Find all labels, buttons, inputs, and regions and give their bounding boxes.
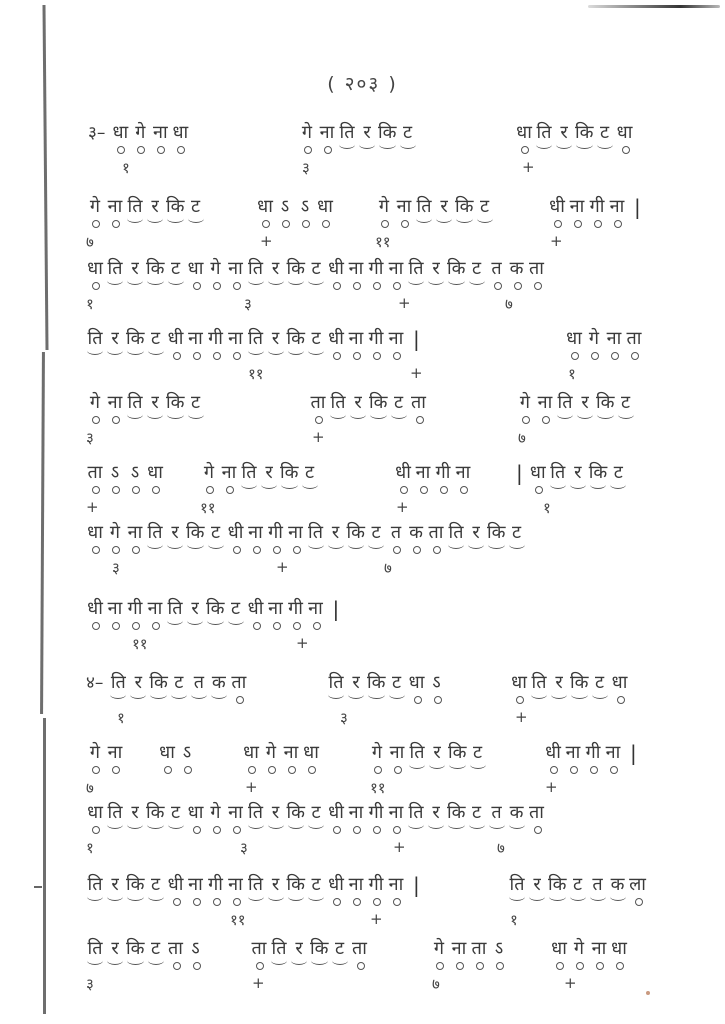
single-beat-mark-icon (158, 764, 176, 776)
section-number: ४– (86, 672, 103, 694)
bol: ट (301, 462, 319, 496)
bol: ति (407, 258, 425, 292)
single-beat-mark-icon (387, 350, 405, 362)
taal-marker: + (550, 232, 563, 250)
bol: धी (327, 802, 345, 836)
bol: ना (227, 328, 245, 362)
single-beat-mark-icon (490, 960, 508, 972)
taal-marker: ११ (248, 364, 264, 384)
grouped-beat-arc-icon (270, 960, 288, 972)
bol: कि (447, 802, 466, 836)
bol: ना (187, 874, 205, 908)
bol: कि (589, 462, 608, 496)
bol-group: गेनातिरकिट (86, 392, 207, 426)
single-beat-mark-icon (588, 218, 606, 230)
bol-group: धीनागीना| (544, 742, 643, 776)
grouped-beat-arc-icon (508, 896, 526, 908)
single-beat-mark-icon (276, 218, 294, 230)
bol: धी (394, 462, 412, 496)
single-beat-mark-icon (86, 484, 104, 496)
bol: ना (151, 122, 169, 156)
bar-line: | (413, 328, 420, 350)
bol: धी (227, 522, 245, 556)
single-beat-mark-icon (250, 960, 268, 972)
single-beat-mark-icon (327, 824, 345, 836)
single-beat-mark-icon (220, 484, 238, 496)
single-beat-mark-icon (146, 484, 164, 496)
bol: कि (149, 672, 168, 706)
grouped-beat-arc-icon (476, 218, 494, 230)
bol: ना (227, 874, 245, 908)
bol: गे (585, 328, 603, 362)
grouped-beat-arc-icon (407, 824, 425, 836)
bol-group: |धातिरकिट (510, 462, 629, 496)
grouped-beat-arc-icon (166, 414, 185, 426)
single-beat-mark-icon (407, 544, 425, 556)
bol-group: धाऽऽधा (256, 196, 336, 230)
single-beat-mark-icon (570, 960, 588, 972)
bol: ना (564, 742, 582, 776)
bol: गी (287, 598, 305, 632)
grouped-beat-arc-icon (596, 144, 614, 156)
single-beat-mark-icon (611, 694, 629, 706)
bol: ना (126, 522, 144, 556)
bol: गे (86, 196, 104, 230)
single-beat-mark-icon (187, 824, 205, 836)
grouped-beat-arc-icon (447, 544, 465, 556)
taal-marker: + (410, 364, 423, 382)
grouped-beat-arc-icon (609, 896, 627, 908)
grouped-beat-arc-icon (307, 350, 325, 362)
single-beat-mark-icon (227, 544, 245, 556)
grouped-beat-arc-icon (166, 544, 184, 556)
single-beat-mark-icon (564, 764, 582, 776)
bol: त (190, 672, 208, 706)
bol: ना (227, 258, 245, 292)
single-beat-mark-icon (316, 218, 334, 230)
single-beat-mark-icon (187, 960, 205, 972)
bol: गे (207, 802, 225, 836)
bol: कि (206, 598, 225, 632)
single-beat-mark-icon (200, 484, 218, 496)
bol: ति (247, 258, 265, 292)
bol-group: तिरकिटधीनागीनातिरकिटधीनागीना| (86, 328, 426, 362)
taal-marker: १ (86, 838, 94, 858)
single-beat-mark-icon (298, 144, 316, 156)
bol: ना (282, 742, 300, 776)
bol: धा (256, 196, 274, 230)
bol: ना (388, 742, 406, 776)
taal-marker: ११ (132, 634, 148, 654)
single-beat-mark-icon (516, 414, 534, 426)
grouped-beat-arc-icon (146, 280, 165, 292)
taal-marker: + (245, 778, 258, 796)
bol: धा (187, 802, 205, 836)
bol: कि (369, 392, 388, 426)
bol: ट (388, 672, 406, 706)
bol: ना (605, 328, 623, 362)
bol: ति (106, 258, 124, 292)
grouped-beat-arc-icon (106, 896, 124, 908)
taal-marker: + (564, 974, 577, 992)
bol: ट (307, 258, 325, 292)
taal-marker: + (296, 634, 309, 652)
single-beat-mark-icon (227, 350, 245, 362)
bol: धी (327, 874, 345, 908)
bol: ना (450, 938, 468, 972)
notation-row: तिरकिटधीनागीनातिरकिटधीनागीना|धागेनाता११+… (0, 328, 725, 398)
taal-marker: ७ (497, 838, 505, 858)
grouped-beat-arc-icon (427, 824, 445, 836)
bol: र (576, 392, 594, 426)
single-beat-mark-icon (550, 960, 568, 972)
grouped-beat-arc-icon (556, 414, 574, 426)
bol-group: धीनागीना (394, 462, 474, 496)
single-beat-mark-icon (454, 484, 472, 496)
bol-group: धातिरकिटधा (515, 122, 636, 156)
grouped-beat-arc-icon (146, 824, 165, 836)
taal-marker: + (515, 708, 528, 726)
grouped-beat-arc-icon (267, 824, 285, 836)
single-beat-mark-icon (296, 218, 314, 230)
bol: ति (146, 522, 164, 556)
bol: ट (307, 874, 325, 908)
grouped-beat-arc-icon (576, 414, 594, 426)
bol: ति (549, 462, 567, 496)
single-beat-mark-icon (408, 694, 426, 706)
bol: गे (375, 196, 393, 230)
bol: कि (166, 196, 185, 230)
bol-group: धातिरकिटधागेनातिरकिटधीनागीनातिरकिटतकता (86, 258, 548, 292)
grouped-beat-arc-icon (407, 280, 425, 292)
grouped-beat-arc-icon (530, 694, 548, 706)
single-beat-mark-icon (126, 544, 144, 556)
bol-group: तिरकिटतकला (508, 874, 649, 908)
bol: गी (434, 462, 452, 496)
single-beat-mark-icon (605, 350, 623, 362)
grouped-beat-arc-icon (186, 620, 204, 632)
bol-group: तिरकिटधीनागीनातिरकिटधीनागीना| (86, 874, 426, 908)
bol-group: ताऽऽधा (86, 462, 166, 496)
bol: र (106, 938, 124, 972)
bol: र (106, 874, 124, 908)
bol: ऽ (490, 938, 508, 972)
single-beat-mark-icon (510, 694, 528, 706)
single-beat-mark-icon (171, 144, 189, 156)
bol: र (129, 672, 147, 706)
bol: ट (399, 122, 417, 156)
single-beat-mark-icon (126, 620, 144, 632)
grouped-beat-arc-icon (570, 694, 589, 706)
bol: र (146, 392, 164, 426)
bol: ति (508, 874, 526, 908)
bol: ना (106, 392, 124, 426)
bol: कि (146, 258, 165, 292)
bol: ना (387, 258, 405, 292)
bol: र (146, 196, 164, 230)
single-beat-mark-icon (565, 350, 583, 362)
bol: ता (410, 392, 428, 426)
grouped-beat-arc-icon (428, 764, 446, 776)
grouped-beat-arc-icon (280, 484, 299, 496)
grouped-beat-arc-icon (86, 896, 104, 908)
bol: ट (331, 938, 349, 972)
single-beat-mark-icon (307, 620, 325, 632)
bol: गे (131, 122, 149, 156)
grouped-beat-arc-icon (488, 824, 506, 836)
bol-group: तातिरकिटता (250, 938, 371, 972)
taal-marker: ११ (200, 498, 216, 518)
grouped-beat-arc-icon (210, 694, 228, 706)
grouped-beat-arc-icon (106, 824, 124, 836)
grouped-beat-arc-icon (310, 960, 329, 972)
bol: र (290, 938, 308, 972)
single-beat-mark-icon (282, 764, 300, 776)
bol-group: धाऽ (158, 742, 198, 776)
bol: धा (302, 742, 320, 776)
bol: धा (610, 938, 628, 972)
single-beat-mark-icon (528, 280, 546, 292)
bol: धा (242, 742, 260, 776)
bar-line: | (630, 742, 637, 764)
taal-marker: १ (86, 294, 94, 314)
bol: ट (187, 392, 205, 426)
bol: ट (617, 392, 635, 426)
bol: कि (280, 462, 299, 496)
bol: कि (548, 874, 567, 908)
bol: धा (408, 672, 426, 706)
bol: कि (287, 874, 306, 908)
bol: त (387, 522, 405, 556)
grouped-beat-arc-icon (467, 544, 485, 556)
bol: ना (347, 874, 365, 908)
single-beat-mark-icon (351, 960, 369, 972)
bol: ना (106, 598, 124, 632)
single-beat-mark-icon (167, 350, 185, 362)
bol: र (347, 672, 365, 706)
single-beat-mark-icon (256, 218, 274, 230)
single-beat-mark-icon (106, 484, 124, 496)
grouped-beat-arc-icon (267, 896, 285, 908)
single-beat-mark-icon (267, 620, 285, 632)
bol-group: धागेनाधा (242, 742, 322, 776)
single-beat-mark-icon (388, 764, 406, 776)
grouped-beat-arc-icon (617, 414, 635, 426)
bol: कि (126, 328, 145, 362)
bol-group: तिरकिटधाऽ (327, 672, 448, 706)
single-beat-mark-icon (302, 764, 320, 776)
bol: धी (544, 742, 562, 776)
bol: र (467, 522, 485, 556)
single-beat-mark-icon (86, 824, 104, 836)
bol: र (435, 196, 453, 230)
bol: ट (147, 938, 165, 972)
taal-marker: + (260, 232, 273, 250)
grouped-beat-arc-icon (149, 694, 168, 706)
single-beat-mark-icon (86, 764, 104, 776)
bol: ता (230, 672, 248, 706)
bol: गी (367, 258, 385, 292)
grouped-beat-arc-icon (287, 896, 306, 908)
single-beat-mark-icon (629, 896, 647, 908)
grouped-beat-arc-icon (347, 544, 366, 556)
grouped-beat-arc-icon (447, 824, 466, 836)
bol: ऽ (296, 196, 314, 230)
grouped-beat-arc-icon (307, 280, 325, 292)
single-beat-mark-icon (86, 218, 104, 230)
grouped-beat-arc-icon (126, 218, 144, 230)
bol: धा (515, 122, 533, 156)
bol: ना (604, 742, 622, 776)
grouped-beat-arc-icon (290, 960, 308, 972)
bol: ति (109, 672, 127, 706)
grouped-beat-arc-icon (126, 280, 144, 292)
single-beat-mark-icon (414, 484, 432, 496)
bol-group: धागेनाधा (550, 938, 630, 972)
single-beat-mark-icon (106, 764, 124, 776)
taal-marker: ७ (86, 778, 94, 798)
single-beat-mark-icon (347, 896, 365, 908)
bol: कि (310, 938, 329, 972)
grouped-beat-arc-icon (147, 896, 165, 908)
grouped-beat-arc-icon (555, 144, 573, 156)
bol: ट (390, 392, 408, 426)
grouped-beat-arc-icon (126, 414, 144, 426)
bol: ति (86, 328, 104, 362)
bol-group: धीनागीना| (548, 196, 647, 230)
grouped-beat-arc-icon (287, 280, 306, 292)
bol: ऽ (126, 462, 144, 496)
taal-marker: + (545, 778, 558, 796)
taal-marker: १ (568, 364, 576, 384)
single-beat-mark-icon (106, 620, 124, 632)
single-beat-mark-icon (207, 350, 225, 362)
grouped-beat-arc-icon (508, 544, 526, 556)
notation-row: ३–धागेनाधागेनातिरकिटधातिरकिटधा१३+ (0, 122, 725, 192)
single-beat-mark-icon (625, 350, 643, 362)
bol: ना (146, 598, 164, 632)
grouped-beat-arc-icon (596, 414, 615, 426)
bol: र (427, 258, 445, 292)
grouped-beat-arc-icon (287, 824, 306, 836)
bol: गी (126, 598, 144, 632)
single-beat-mark-icon (375, 218, 393, 230)
bol: र (267, 874, 285, 908)
bol: ट (167, 258, 185, 292)
bol: धा (86, 802, 104, 836)
bol: ना (318, 122, 336, 156)
single-beat-mark-icon (544, 764, 562, 776)
bar-line: | (634, 196, 641, 218)
notation-row: धातिरकिटधागेनातिरकिटधीनागीनातिरकिटतकता१३… (0, 258, 725, 328)
single-beat-mark-icon (207, 896, 225, 908)
bol: ति (415, 196, 433, 230)
bol: ट (147, 328, 165, 362)
bol: कि (186, 522, 205, 556)
bol: कि (287, 258, 306, 292)
grouped-beat-arc-icon (455, 218, 474, 230)
bol: गे (200, 462, 218, 496)
single-beat-mark-icon (488, 280, 506, 292)
bol: ना (387, 328, 405, 362)
bol: धा (616, 122, 634, 156)
grouped-beat-arc-icon (109, 694, 127, 706)
bol-group: गेनातिरकिट (298, 122, 419, 156)
single-beat-mark-icon (585, 350, 603, 362)
bol: क (508, 802, 526, 836)
single-beat-mark-icon (287, 620, 305, 632)
grouped-beat-arc-icon (170, 694, 188, 706)
grouped-beat-arc-icon (390, 414, 408, 426)
grouped-beat-arc-icon (186, 544, 205, 556)
bol: ना (347, 328, 365, 362)
bol: ट (569, 874, 587, 908)
grouped-beat-arc-icon (167, 824, 185, 836)
bol: गे (298, 122, 316, 156)
bol: धी (247, 598, 265, 632)
bol: र (166, 522, 184, 556)
grouped-beat-arc-icon (347, 694, 365, 706)
taal-marker: ३ (240, 838, 248, 858)
bol: र (358, 122, 376, 156)
grouped-beat-arc-icon (129, 694, 147, 706)
bol: ट (591, 672, 609, 706)
single-beat-mark-icon (207, 824, 225, 836)
single-beat-mark-icon (227, 824, 245, 836)
bol: र (126, 258, 144, 292)
bol: धा (187, 258, 205, 292)
bol: कि (166, 392, 185, 426)
bol: ट (167, 802, 185, 836)
grouped-beat-arc-icon (206, 620, 225, 632)
grouped-beat-arc-icon (147, 960, 165, 972)
grouped-beat-arc-icon (569, 896, 587, 908)
grouped-beat-arc-icon (307, 824, 325, 836)
bol: क (508, 258, 526, 292)
single-beat-mark-icon (131, 144, 149, 156)
top-rule (588, 5, 720, 8)
bol: कि (146, 802, 165, 836)
bol: धी (548, 196, 566, 230)
bol-group: धागेनाता (565, 328, 645, 362)
grouped-beat-arc-icon (147, 350, 165, 362)
grouped-beat-arc-icon (166, 620, 184, 632)
notation-row: धीनागीनातिरकिटधीनागीना|११+ (0, 598, 725, 668)
bol: ति (338, 122, 356, 156)
bol: ति (126, 196, 144, 230)
bol: कि (570, 672, 589, 706)
taal-marker: ३ (340, 708, 348, 728)
single-beat-mark-icon (536, 414, 554, 426)
bol: गे (106, 522, 124, 556)
bol: र (550, 672, 568, 706)
bol: ता (167, 938, 185, 972)
grouped-beat-arc-icon (167, 280, 185, 292)
grouped-beat-arc-icon (126, 824, 144, 836)
notation-row: धागेनातिरकिटधीनागीनातिरकिटतकतातिरकिट३+७ (0, 522, 725, 592)
single-beat-mark-icon (410, 414, 428, 426)
single-beat-mark-icon (327, 896, 345, 908)
bol: त (589, 874, 607, 908)
bol: कि (575, 122, 594, 156)
bol: ता (309, 392, 327, 426)
single-beat-mark-icon (395, 218, 413, 230)
grouped-beat-arc-icon (260, 484, 278, 496)
single-beat-mark-icon (367, 350, 385, 362)
bol: ऽ (178, 742, 196, 776)
single-beat-mark-icon (207, 280, 225, 292)
single-beat-mark-icon (230, 694, 248, 706)
